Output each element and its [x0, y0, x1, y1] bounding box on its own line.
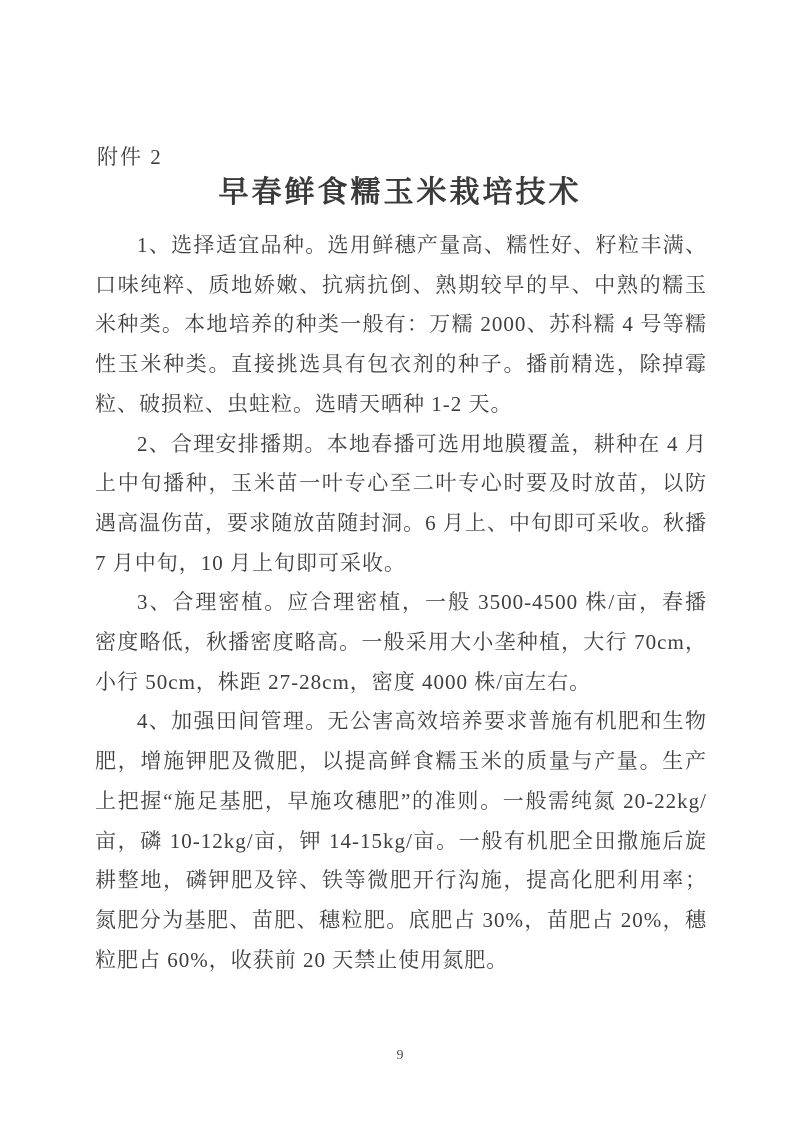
paragraph-planting-density: 3、合理密植。应合理密植，一般 3500-4500 株/亩，春播密度略低，秋播密…	[95, 583, 707, 702]
document-title: 早春鲜食糯玉米栽培技术	[0, 172, 800, 214]
paragraph-sowing-schedule: 2、合理安排播期。本地春播可选用地膜覆盖，耕种在 4 月上中旬播种，玉米苗一叶专…	[95, 425, 707, 584]
page-number: 9	[0, 1047, 800, 1065]
attachment-label: 附件 2	[97, 143, 163, 171]
document-page: 附件 2 早春鲜食糯玉米栽培技术 1、选择适宜品种。选用鲜穗产量高、糯性好、籽粒…	[0, 0, 800, 1131]
paragraph-select-variety: 1、选择适宜品种。选用鲜穗产量高、糯性好、籽粒丰满、口味纯粹、质地娇嫩、抗病抗倒…	[95, 226, 707, 425]
paragraph-field-management: 4、加强田间管理。无公害高效培养要求普施有机肥和生物肥，增施钾肥及微肥，以提高鲜…	[95, 702, 707, 980]
document-body: 1、选择适宜品种。选用鲜穗产量高、糯性好、籽粒丰满、口味纯粹、质地娇嫩、抗病抗倒…	[95, 226, 707, 980]
